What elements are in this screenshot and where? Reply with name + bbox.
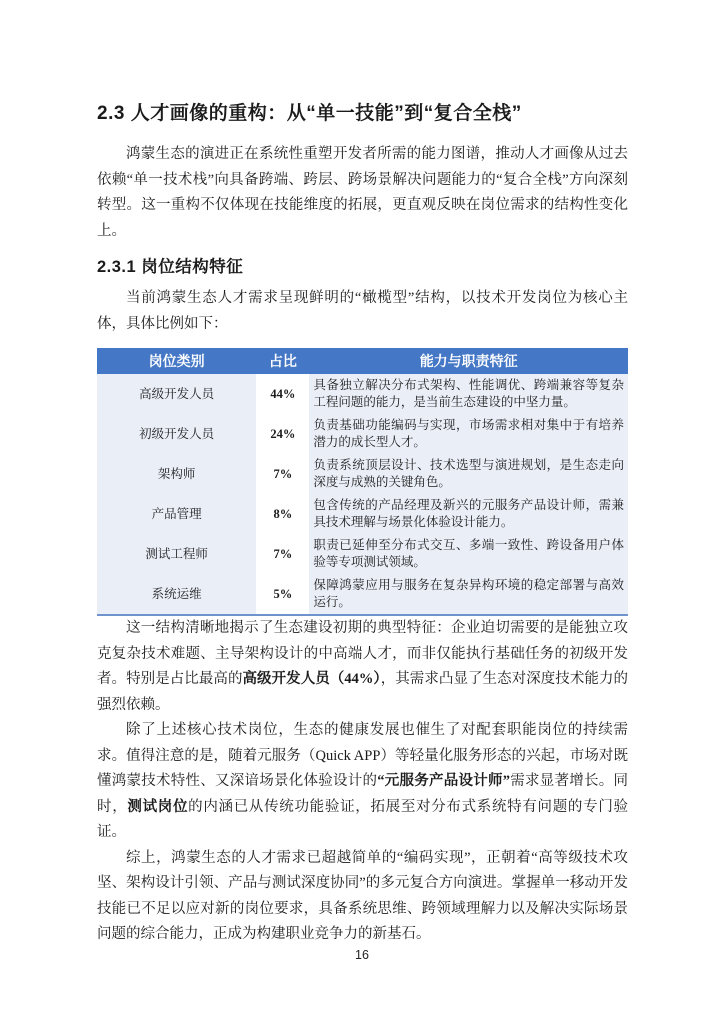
desc-cell: 具备独立解决分布式架构、性能调优、跨端兼容等复杂工程问题的能力，是当前生态建设的… [309,374,628,414]
emphasis-meta-service-designer: “元服务产品设计师” [377,773,510,789]
role-cell: 高级开发人员 [97,374,256,414]
share-cell: 44% [256,374,309,414]
table-header-row: 岗位类别 占比 能力与职责特征 [97,348,628,374]
emphasis-senior-dev: 高级开发人员（44%） [243,671,381,687]
paragraph-analysis: 这一结构清晰地揭示了生态建设初期的典型特征：企业迫切需要的是能独立攻克复杂技术难… [97,616,628,718]
emphasis-testing-role: 测试岗位 [127,799,188,815]
share-cell: 5% [256,574,309,615]
desc-cell: 负责系统顶层设计、技术选型与演进规划，是生态走向深度与成熟的关键角色。 [309,454,628,494]
role-cell: 测试工程师 [97,534,256,574]
subsection-heading: 2.3.1 岗位结构特征 [97,255,628,279]
section-heading: 2.3 人才画像的重构：从“单一技能”到“复合全栈” [97,101,628,127]
page-content: 2.3 人才画像的重构：从“单一技能”到“复合全栈” 鸿蒙生态的演进正在系统性重… [97,0,628,948]
table-row: 初级开发人员 24% 负责基础功能编码与实现，市场需求相对集中于有培养潜力的成长… [97,414,628,454]
role-cell: 系统运维 [97,574,256,615]
table-row: 系统运维 5% 保障鸿蒙应用与服务在复杂异构环境的稳定部署与高效运行。 [97,574,628,615]
table-row: 高级开发人员 44% 具备独立解决分布式架构、性能调优、跨端兼容等复杂工程问题的… [97,374,628,414]
column-header-role: 岗位类别 [97,348,256,374]
column-header-capability: 能力与职责特征 [309,348,628,374]
paragraph-structure-intro: 当前鸿蒙生态人才需求呈现鲜明的“橄榄型”结构，以技术开发岗位为核心主体，具体比例… [97,286,628,337]
role-cell: 产品管理 [97,494,256,534]
table-row: 架构师 7% 负责系统顶层设计、技术选型与演进规划，是生态走向深度与成熟的关键角… [97,454,628,494]
desc-cell: 包含传统的产品经理及新兴的元服务产品设计师，需兼具技术理解与场景化体验设计能力。 [309,494,628,534]
table-row: 测试工程师 7% 职责已延伸至分布式交互、多端一致性、跨设备用户体验等专项测试领… [97,534,628,574]
desc-cell: 职责已延伸至分布式交互、多端一致性、跨设备用户体验等专项测试领域。 [309,534,628,574]
role-cell: 初级开发人员 [97,414,256,454]
role-cell: 架构师 [97,454,256,494]
paragraph-supporting-roles: 除了上述核心技术岗位，生态的健康发展也催生了对配套职能岗位的持续需求。值得注意的… [97,718,628,846]
document-page: 2.3 人才画像的重构：从“单一技能”到“复合全栈” 鸿蒙生态的演进正在系统性重… [0,0,724,1024]
desc-cell: 负责基础功能编码与实现，市场需求相对集中于有培养潜力的成长型人才。 [309,414,628,454]
page-number: 16 [0,948,724,962]
share-cell: 24% [256,414,309,454]
share-cell: 7% [256,534,309,574]
desc-cell: 保障鸿蒙应用与服务在复杂异构环境的稳定部署与高效运行。 [309,574,628,615]
paragraph-conclusion: 综上，鸿蒙生态的人才需求已超越简单的“编码实现”，正朝着“高等级技术攻坚、架构设… [97,846,628,948]
table-row: 产品管理 8% 包含传统的产品经理及新兴的元服务产品设计师，需兼具技术理解与场景… [97,494,628,534]
share-cell: 8% [256,494,309,534]
share-cell: 7% [256,454,309,494]
column-header-share: 占比 [256,348,309,374]
job-structure-table: 岗位类别 占比 能力与职责特征 高级开发人员 44% 具备独立解决分布式架构、性… [97,348,628,616]
paragraph-intro: 鸿蒙生态的演进正在系统性重塑开发者所需的能力图谱，推动人才画像从过去依赖“单一技… [97,142,628,244]
